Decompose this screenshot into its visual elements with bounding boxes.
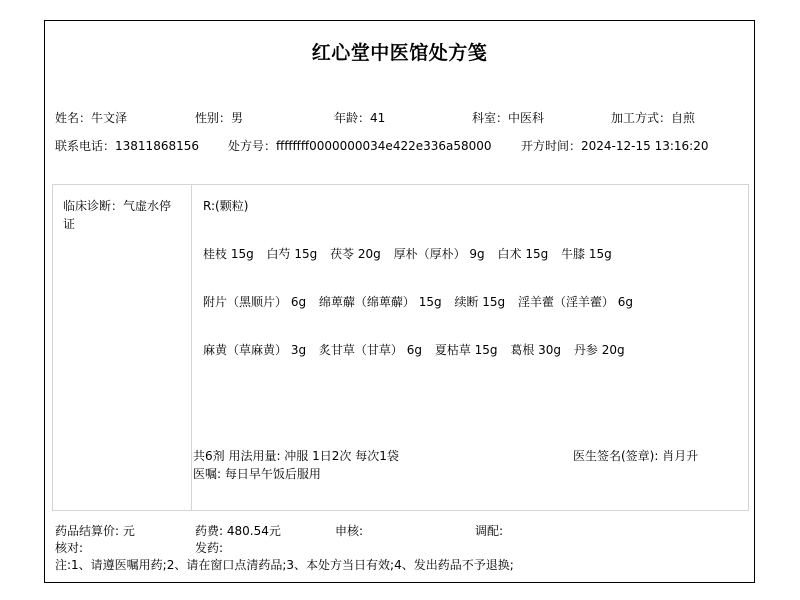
- rx-header: R:(颗粒): [203, 197, 248, 214]
- herb-item: 炙甘草（甘草） 6g: [319, 343, 422, 357]
- prescription-sheet: 红心堂中医馆处方笺 姓名：牛文泽 性别：男 年龄：41 科室：中医科 加工方式：…: [44, 20, 755, 583]
- doctor-signature: 医生签名(签章): 肖月升: [573, 447, 703, 465]
- herb-item: 茯苓 20g: [330, 247, 381, 261]
- herb-item: 麻黄（草麻黄） 3g: [203, 343, 306, 357]
- herb-item: 厚朴（厚朴） 9g: [394, 247, 485, 261]
- medicine-fee: 药费: 480.54元: [195, 523, 281, 540]
- herb-item: 白芍 15g: [267, 247, 318, 261]
- herb-line: 桂枝 15g 白芍 15g 茯苓 20g 厚朴（厚朴） 9g 白术 15g 牛膝…: [203, 245, 621, 262]
- usage-dosage: 共6剂 用法用量: 冲服 1日2次 每次1袋: [193, 447, 399, 465]
- herb-item: 葛根 30g: [510, 343, 561, 357]
- note-text: 注:1、请遵医嘱用药;2、请在窗口点清药品;3、本处方当日有效;4、发出药品不予…: [55, 557, 514, 574]
- medical-advice: 医嘱: 每日早午饭后服用: [193, 465, 399, 483]
- department: 科室：中医科: [472, 109, 544, 126]
- diagnosis-cell: 临床诊断：气虚水停证: [53, 185, 192, 510]
- page-title: 红心堂中医馆处方笺: [45, 38, 754, 65]
- settlement-price: 药品结算价: 元: [55, 523, 135, 540]
- herb-item: 牛膝 15g: [561, 247, 612, 261]
- prescription-time: 开方时间：2024-12-15 13:16:20: [521, 137, 708, 154]
- patient-age: 年龄：41: [334, 109, 385, 126]
- herb-item: 续断 15g: [454, 295, 505, 309]
- issue-field: 发药:: [195, 540, 223, 557]
- herb-item: 夏枯草 15g: [435, 343, 498, 357]
- herb-item: 附片（黑顺片） 6g: [203, 295, 306, 309]
- herb-line: 附片（黑顺片） 6g 绵萆薢（绵萆薢） 15g 续断 15g 淫羊藿（淫羊藿） …: [203, 293, 642, 310]
- herb-item: 丹参 20g: [574, 343, 625, 357]
- check-field: 核对:: [55, 540, 83, 557]
- herb-item: 淫羊藿（淫羊藿） 6g: [518, 295, 633, 309]
- review-field: 申核:: [335, 523, 363, 540]
- prescription-number: 处方号：ffffffff0000000034e422e336a58000: [228, 137, 492, 154]
- patient-name: 姓名：牛文泽: [55, 109, 127, 126]
- herb-item: 桂枝 15g: [203, 247, 254, 261]
- prescription-box: 临床诊断：气虚水停证 R:(颗粒) 桂枝 15g 白芍 15g 茯苓 20g 厚…: [52, 184, 749, 511]
- processing-method: 加工方式：自煎: [611, 109, 695, 126]
- herb-item: 绵萆薢（绵萆薢） 15g: [319, 295, 442, 309]
- herb-line: 麻黄（草麻黄） 3g 炙甘草（甘草） 6g 夏枯草 15g 葛根 30g 丹参 …: [203, 341, 634, 358]
- dispense-field: 调配:: [475, 523, 503, 540]
- herb-item: 白术 15g: [498, 247, 549, 261]
- patient-phone: 联系电话：13811868156: [55, 137, 199, 154]
- diagnosis-label: 临床诊断：: [63, 199, 123, 213]
- patient-gender: 性别：男: [195, 109, 243, 126]
- usage-block: 共6剂 用法用量: 冲服 1日2次 每次1袋 医嘱: 每日早午饭后服用: [193, 447, 399, 483]
- prescription-cell: R:(颗粒) 桂枝 15g 白芍 15g 茯苓 20g 厚朴（厚朴） 9g 白术…: [193, 185, 748, 510]
